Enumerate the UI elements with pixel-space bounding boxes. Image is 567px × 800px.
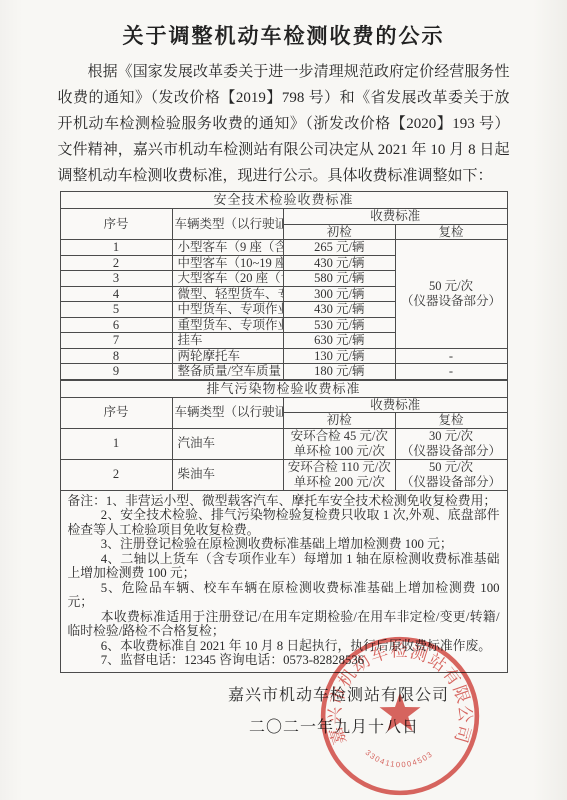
single-check-fee: 单环检 100 元/次 bbox=[286, 444, 393, 459]
remark-line: 备注：1、非营运小型、微型载客汽车、摩托车安全技术检测免收复检费用； bbox=[68, 494, 500, 509]
table-title-row: 排气污染物检验收费标准 bbox=[61, 380, 507, 397]
column-header-vehicle-type: 车辆类型（以行驶证为准） bbox=[172, 397, 284, 428]
recheck-fee-note: （仪器设备部分） bbox=[398, 475, 505, 490]
row-index: 8 bbox=[61, 348, 173, 364]
row-index: 3 bbox=[61, 271, 173, 287]
initial-fee-cell: 580 元/辆 bbox=[284, 271, 396, 287]
recheck-fee-cell: - bbox=[395, 364, 507, 380]
seal-number: 3304110004503 bbox=[364, 748, 435, 769]
signature-company: 嘉兴市机动车检测站有限公司 bbox=[0, 682, 567, 705]
vehicle-type-cell: 柴油车 bbox=[172, 459, 284, 490]
row-index: 1 bbox=[61, 240, 173, 256]
recheck-merged-cell: 50 元/次 （仪器设备部分） bbox=[395, 240, 507, 349]
initial-fee-cell: 430 元/辆 bbox=[284, 255, 396, 271]
signature-block: 嘉兴市机动车检测站有限公司 二〇二一年九月十八日 bbox=[0, 682, 567, 737]
vehicle-type-cell: 中型客车（10~19 座） bbox=[172, 255, 284, 271]
combined-check-fee: 安环合检 110 元/次 bbox=[286, 460, 393, 475]
table-row: 9 整备质量/空车质量 180 元/辆 - bbox=[61, 364, 507, 380]
page-title: 关于调整机动车检测收费的公示 bbox=[0, 0, 567, 50]
remarks-section: 备注：1、非营运小型、微型载客汽车、摩托车安全技术检测免收复检费用； 2、安全技… bbox=[61, 490, 507, 672]
remark-line: 本收费标准适用于注册登记/在用车定期检验/在用车非定检/变更/转籍/临时检验/路… bbox=[68, 610, 500, 639]
table-row: 1 汽油车 安环合检 45 元/次 单环检 100 元/次 30 元/次 （仪器… bbox=[61, 428, 507, 459]
row-index: 1 bbox=[61, 428, 173, 459]
initial-fee-cell: 130 元/辆 bbox=[284, 348, 396, 364]
remark-line: 7、监督电话：12345 咨询电话：0573-82828536 bbox=[68, 653, 500, 668]
remark-line: 6、本收费标准自 2021 年 10 月 8 日起执行，执行后原收费标准作废。 bbox=[68, 639, 500, 654]
combined-check-fee: 安环合检 45 元/次 bbox=[286, 429, 393, 444]
vehicle-type-cell: 中型货车、专项作业车 bbox=[172, 302, 284, 318]
recheck-fee-note: （仪器设备部分） bbox=[398, 294, 505, 309]
column-header-initial-check: 初检 bbox=[284, 224, 396, 240]
column-header-vehicle-type: 车辆类型（以行驶证为准） bbox=[172, 209, 284, 240]
initial-fee-cell: 安环合检 45 元/次 单环检 100 元/次 bbox=[284, 428, 396, 459]
initial-fee-cell: 430 元/辆 bbox=[284, 302, 396, 318]
initial-fee-cell: 安环合检 110 元/次 单环检 200 元/次 bbox=[284, 459, 396, 490]
recheck-fee: 50 元/次 bbox=[398, 460, 505, 475]
row-index: 6 bbox=[61, 317, 173, 333]
initial-fee-cell: 180 元/辆 bbox=[284, 364, 396, 380]
column-header-recheck: 复检 bbox=[395, 224, 507, 240]
fee-tables-box: 安全技术检验收费标准 序号 车辆类型（以行驶证为准） 收费标准 初检 复检 1 … bbox=[60, 191, 508, 673]
recheck-fee-cell: 30 元/次 （仪器设备部分） bbox=[395, 428, 507, 459]
table-row: 1 小型客车（9 座（含）以下） 265 元/辆 50 元/次 （仪器设备部分） bbox=[61, 240, 507, 256]
initial-fee-cell: 265 元/辆 bbox=[284, 240, 396, 256]
row-index: 5 bbox=[61, 302, 173, 318]
vehicle-type-cell: 汽油车 bbox=[172, 428, 284, 459]
single-check-fee: 单环检 200 元/次 bbox=[286, 475, 393, 490]
column-header-fee-standard: 收费标准 bbox=[284, 209, 507, 225]
vehicle-type-cell: 小型客车（9 座（含）以下） bbox=[172, 240, 284, 256]
table-title-row: 安全技术检验收费标准 bbox=[61, 192, 507, 209]
scanned-notice-page: 关于调整机动车检测收费的公示 根据《国家发展改革委关于进一步清理规范政府定价经营… bbox=[0, 0, 567, 800]
emission-table-title: 排气污染物检验收费标准 bbox=[61, 380, 507, 397]
vehicle-type-cell: 整备质量/空车质量 bbox=[172, 364, 284, 380]
column-header-recheck: 复检 bbox=[395, 413, 507, 429]
row-index: 9 bbox=[61, 364, 173, 380]
table-row: 8 两轮摩托车 130 元/辆 - bbox=[61, 348, 507, 364]
initial-fee-cell: 530 元/辆 bbox=[284, 317, 396, 333]
vehicle-type-cell: 大型客车（20 座（含）以上） bbox=[172, 271, 284, 287]
vehicle-type-cell: 重型货车、专项作业车（二轴） bbox=[172, 317, 284, 333]
remark-line: 3、注册登记检验在原检测收费标准基础上增加检测费 100 元； bbox=[68, 537, 500, 552]
column-header-index: 序号 bbox=[61, 397, 173, 428]
row-index: 2 bbox=[61, 459, 173, 490]
table-row: 2 柴油车 安环合检 110 元/次 单环检 200 元/次 50 元/次 （仪… bbox=[61, 459, 507, 490]
recheck-fee: 50 元/次 bbox=[398, 279, 505, 294]
vehicle-type-cell: 两轮摩托车 bbox=[172, 348, 284, 364]
column-header-initial-check: 初检 bbox=[284, 413, 396, 429]
column-header-fee-standard: 收费标准 bbox=[284, 397, 507, 413]
emission-inspection-fee-table: 排气污染物检验收费标准 序号 车辆类型（以行驶证为准） 收费标准 初检 复检 1… bbox=[61, 380, 507, 490]
signature-date: 二〇二一年九月十八日 bbox=[0, 714, 567, 737]
remark-line: 2、安全技术检验、排气污染物检验复检费只收取 1 次,外观、底盘部件检查等人工检… bbox=[68, 508, 500, 537]
recheck-fee: 30 元/次 bbox=[398, 429, 505, 444]
recheck-fee-cell: 50 元/次 （仪器设备部分） bbox=[395, 459, 507, 490]
safety-inspection-fee-table: 安全技术检验收费标准 序号 车辆类型（以行驶证为准） 收费标准 初检 复检 1 … bbox=[61, 192, 507, 380]
table-header-row: 序号 车辆类型（以行驶证为准） 收费标准 bbox=[61, 209, 507, 225]
column-header-index: 序号 bbox=[61, 209, 173, 240]
vehicle-type-cell: 挂车 bbox=[172, 333, 284, 349]
row-index: 4 bbox=[61, 286, 173, 302]
initial-fee-cell: 630 元/辆 bbox=[284, 333, 396, 349]
notice-body-paragraph: 根据《国家发展改革委关于进一步清理规范政府定价经营服务性收费的通知》（发改价格【… bbox=[58, 59, 510, 189]
remark-line: 5、危险品车辆、校车车辆在原检测收费标准基础上增加检测费 100 元； bbox=[68, 581, 500, 610]
remark-line: 4、二轴以上货车（含专项作业车）每增加 1 轴在原检测收费标准基础上增加检测费 … bbox=[68, 552, 500, 581]
recheck-fee-cell: - bbox=[395, 348, 507, 364]
initial-fee-cell: 300 元/辆 bbox=[284, 286, 396, 302]
safety-table-title: 安全技术检验收费标准 bbox=[61, 192, 507, 209]
recheck-fee-note: （仪器设备部分） bbox=[398, 444, 505, 459]
table-header-row: 序号 车辆类型（以行驶证为准） 收费标准 bbox=[61, 397, 507, 413]
row-index: 7 bbox=[61, 333, 173, 349]
row-index: 2 bbox=[61, 255, 173, 271]
vehicle-type-cell: 微型、轻型货车、专项作业车 bbox=[172, 286, 284, 302]
